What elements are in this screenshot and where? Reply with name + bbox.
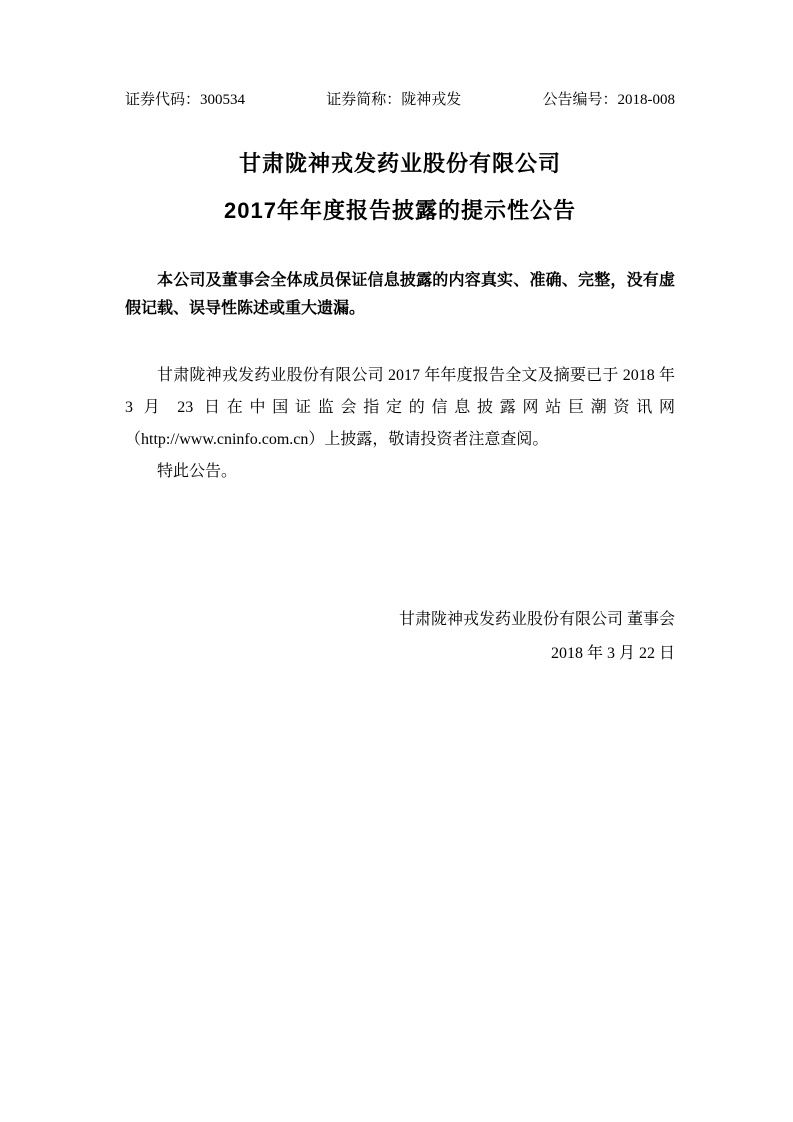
closing-statement: 特此公告。 (125, 456, 675, 488)
announcement-number-text: 公告编号：2018-008 (543, 90, 676, 110)
signature-date: 2018 年 3 月 22 日 (125, 637, 675, 671)
signature-company-board: 甘肃陇神戎发药业股份有限公司 董事会 (125, 603, 675, 637)
body-line-3-with-url: （http://www.cninfo.com.cn）上披露，敬请投资者注意查阅。 (125, 424, 675, 456)
body-line-2: 3 月 23 日在中国证监会指定的信息披露网站巨潮资讯网 (125, 392, 675, 424)
signature-block: 甘肃陇神戎发药业股份有限公司 董事会 2018 年 3 月 22 日 (125, 603, 675, 671)
announcement-title: 2017年年度报告披露的提示性公告 (125, 197, 675, 225)
stock-short-name-text: 证券简称：陇神戎发 (326, 90, 461, 110)
document-content: 证券代码：300534 证券简称：陇神戎发 公告编号：2018-008 甘肃陇神… (125, 0, 675, 671)
company-name-title: 甘肃陇神戎发药业股份有限公司 (125, 150, 675, 178)
announcement-document-page: 证券代码：300534 证券简称：陇神戎发 公告编号：2018-008 甘肃陇神… (0, 0, 793, 1122)
securities-header-row: 证券代码：300534 证券简称：陇神戎发 公告编号：2018-008 (125, 90, 675, 110)
notice-line-2: 假记载、误导性陈述或重大遗漏。 (125, 295, 675, 323)
disclosure-guarantee-notice: 本公司及董事会全体成员保证信息披露的内容真实、准确、完整，没有虚 假记载、误导性… (125, 267, 675, 323)
report-disclosure-paragraph: 甘肃陇神戎发药业股份有限公司 2017 年年度报告全文及摘要已于 2018 年 … (125, 360, 675, 456)
body-line-1: 甘肃陇神戎发药业股份有限公司 2017 年年度报告全文及摘要已于 2018 年 (125, 360, 675, 392)
notice-line-1: 本公司及董事会全体成员保证信息披露的内容真实、准确、完整，没有虚 (125, 267, 675, 295)
stock-code-text: 证券代码：300534 (125, 90, 245, 110)
